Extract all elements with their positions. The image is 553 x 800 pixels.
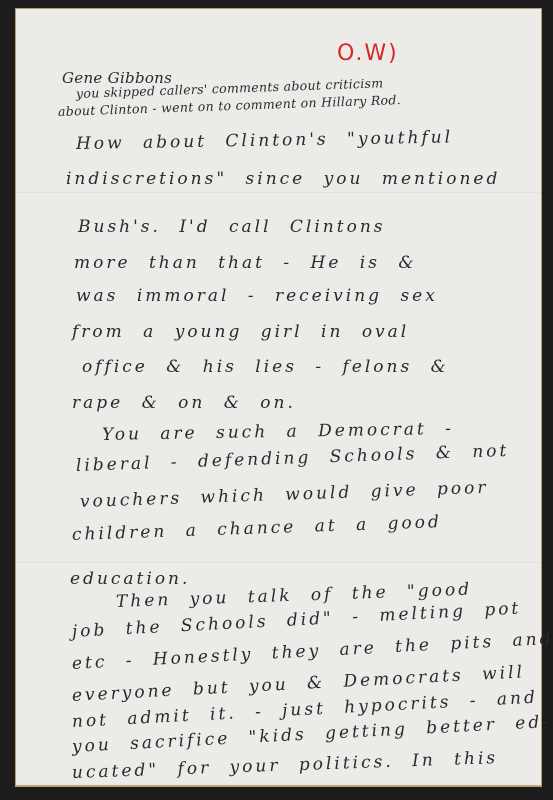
letter-line: more than that - He is & <box>74 253 417 273</box>
letter-line: Bush's. I'd call Clintons <box>78 217 386 237</box>
letter-line: How about Clinton's "youthful <box>76 127 453 154</box>
letter-line: indiscretions" since you mentioned <box>66 169 500 189</box>
letter-line: liberal - defending Schools & not <box>76 441 510 476</box>
red-annotation: O.W) <box>337 41 399 66</box>
letter-line: office & his lies - felons & <box>82 357 449 377</box>
letter-line: rape & on & on. <box>72 393 296 413</box>
letter-line: education. <box>70 569 190 589</box>
letter-line: children a chance at a good <box>72 512 442 545</box>
letter-page: O.W) Gene Gibbons you skipped callers' c… <box>16 9 541 786</box>
paper-fold <box>16 192 541 193</box>
dark-background: O.W) Gene Gibbons you skipped callers' c… <box>0 0 553 800</box>
letter-line: vouchers which would give poor <box>80 478 489 512</box>
paper-fold <box>16 562 541 563</box>
letter-line: You are such a Democrat - <box>102 419 454 445</box>
letter-line: from a young girl in oval <box>72 322 409 342</box>
letter-line: was immoral - receiving sex <box>76 286 438 306</box>
